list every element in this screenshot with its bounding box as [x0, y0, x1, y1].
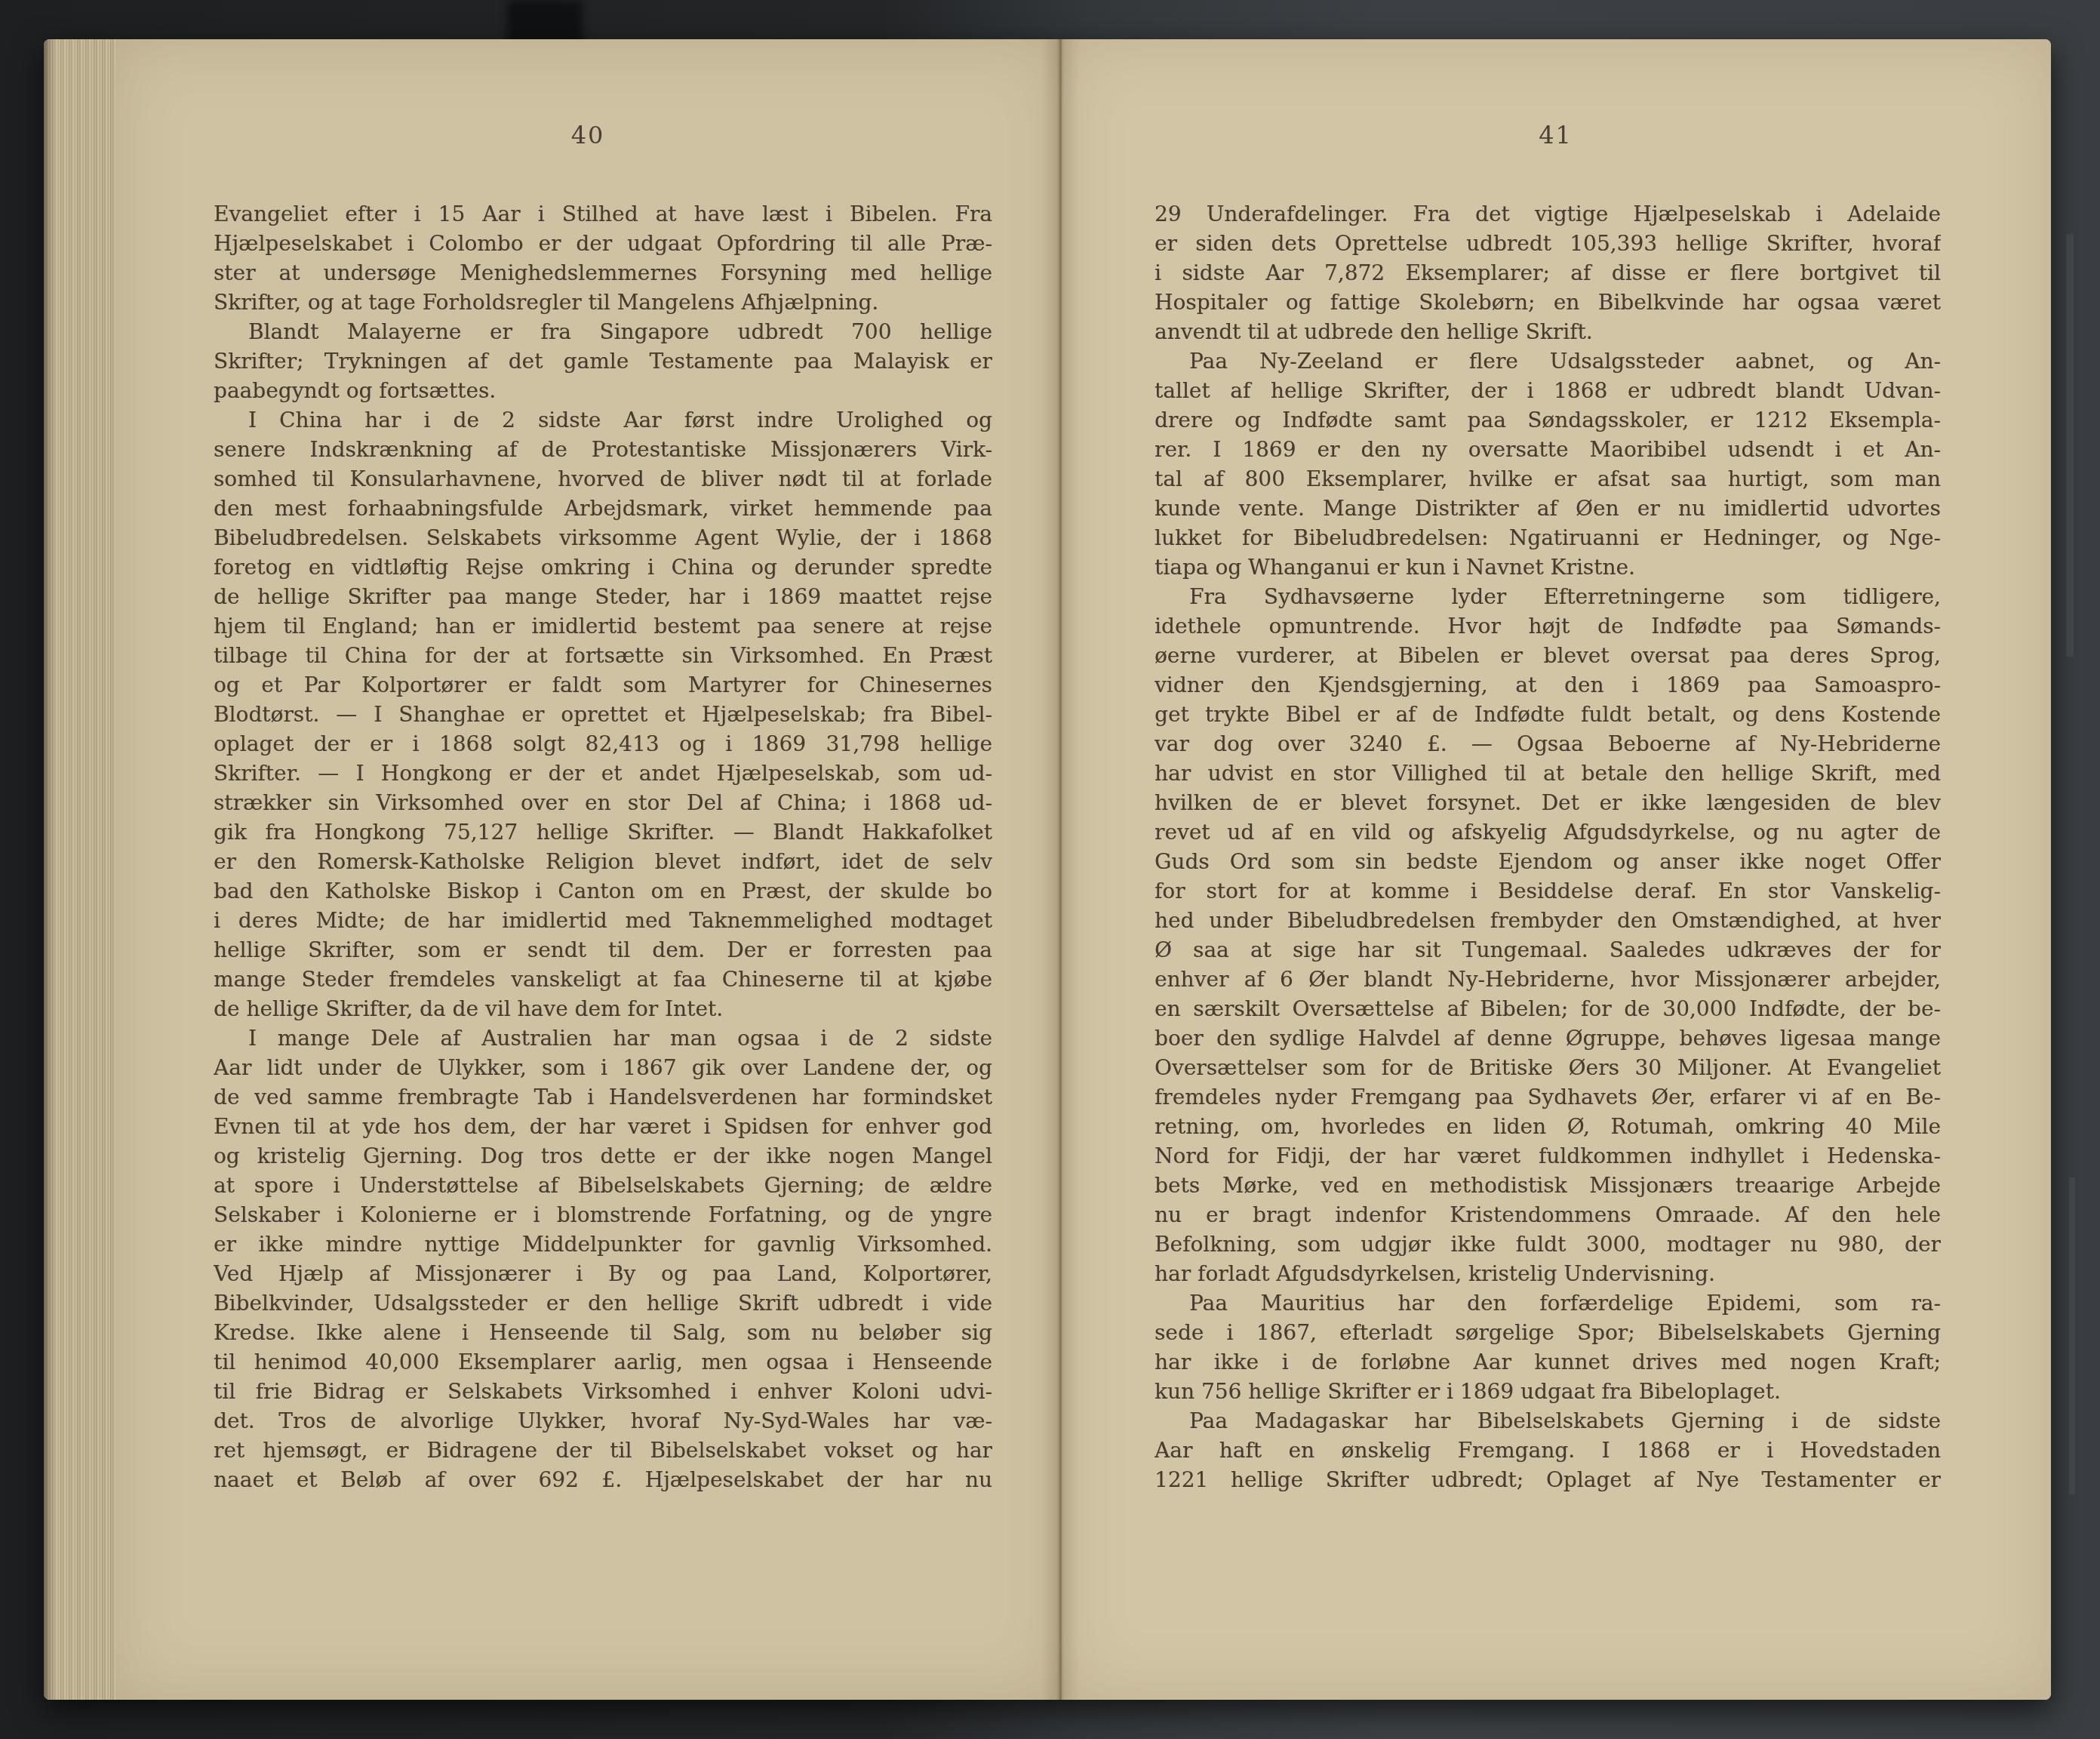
text-line: oplaget der er i 1868 solgt 82,413 og i …	[214, 729, 992, 759]
text-line: Hospitaler og fattige Skolebørn; en Bibe…	[1155, 288, 1941, 317]
book-spread: 40 Evangeliet efter i 15 Aar i Stilhed a…	[44, 39, 2051, 1700]
text-line: Aar haft en ønskelig Fremgang. I 1868 er…	[1155, 1436, 1941, 1465]
right-page-text: 29 Underafdelinger. Fra det vigtige Hjæl…	[1155, 199, 1941, 1494]
text-line: Skrifter; Trykningen af det gamle Testam…	[214, 346, 992, 376]
text-line: senere Indskrænkning af de Protestantisk…	[214, 435, 992, 464]
text-line: og kristelig Gjerning. Dog tros dette er…	[214, 1141, 992, 1171]
page-edge-stack	[44, 39, 115, 1700]
page-number-left: 40	[115, 121, 1060, 149]
text-line: har udvist en stor Villighed til at beta…	[1155, 759, 1941, 788]
text-line: drere og Indfødte samt paa Søndagsskoler…	[1155, 405, 1941, 435]
text-line: det. Tros de alvorlige Ulykker, hvoraf N…	[214, 1406, 992, 1436]
text-line: var dog over 3240 £. — Ogsaa Beboerne af…	[1155, 729, 1941, 759]
text-line: Kredse. Ikke alene i Henseende til Salg,…	[214, 1318, 992, 1347]
text-line: somhed til Konsularhavnene, hvorved de b…	[214, 464, 992, 494]
text-line: og et Par Kolportører er faldt som Marty…	[214, 670, 992, 700]
text-line: get trykte Bibel er af de Indfødte fuldt…	[1155, 700, 1941, 729]
scanner-edge-mark	[2066, 234, 2074, 657]
text-line: Befolkning, som udgjør ikke fuldt 3000, …	[1155, 1230, 1941, 1259]
text-line: øerne vurderer, at Bibelen er blevet ove…	[1155, 641, 1941, 670]
text-line: Bibeludbredelsen. Selskabets virksomme A…	[214, 523, 992, 552]
text-line: Skrifter, og at tage Forholdsregler til …	[214, 288, 992, 317]
text-line: tal af 800 Eksemplarer, hvilke er afsat …	[1155, 464, 1941, 494]
text-line: hvilken de er blevet forsynet. Det er ik…	[1155, 788, 1941, 817]
text-line: rer. I 1869 er den ny oversatte Maoribib…	[1155, 435, 1941, 464]
text-line: mange Steder fremdeles vanskeligt at faa…	[214, 965, 992, 994]
text-line: de hellige Skrifter paa mange Steder, ha…	[214, 582, 992, 611]
text-line: vidner den Kjendsgjerning, at den i 1869…	[1155, 670, 1941, 700]
left-page: 40 Evangeliet efter i 15 Aar i Stilhed a…	[115, 39, 1060, 1700]
text-line: anvendt til at udbrede den hellige Skrif…	[1155, 317, 1941, 346]
text-line: ret hjemsøgt, er Bidragene der til Bibel…	[214, 1436, 992, 1465]
binding-seam	[1059, 39, 1062, 1700]
text-line: Selskaber i Kolonierne er i blomstrende …	[214, 1200, 992, 1230]
text-line: bets Mørke, ved en methodistisk Missjonæ…	[1155, 1171, 1941, 1200]
right-page: 41 29 Underafdelinger. Fra det vigtige H…	[1060, 39, 2051, 1700]
text-line: hjem til England; han er imidlertid best…	[214, 611, 992, 641]
text-line: tiapa og Whanganui er kun i Navnet Krist…	[1155, 552, 1941, 582]
left-page-text: Evangeliet efter i 15 Aar i Stilhed at h…	[214, 199, 992, 1494]
text-line: sede i 1867, efterladt sørgelige Spor; B…	[1155, 1318, 1941, 1347]
text-line: hed under Bibeludbredelsen frembyder den…	[1155, 906, 1941, 935]
text-line: Guds Ord som sin bedste Ejendom og anser…	[1155, 847, 1941, 876]
text-line: naaet et Beløb af over 692 £. Hjælpesels…	[214, 1465, 992, 1494]
text-line: en særskilt Oversættelse af Bibelen; for…	[1155, 994, 1941, 1023]
text-line: I mange Dele af Australien har man ogsaa…	[214, 1023, 992, 1053]
text-line: Paa Ny-Zeeland er flere Udsalgssteder aa…	[1155, 346, 1941, 376]
text-line: strækker sin Virksomhed over en stor Del…	[214, 788, 992, 817]
text-line: hellige Skrifter, som er sendt til dem. …	[214, 935, 992, 965]
text-line: er den Romersk-Katholske Religion blevet…	[214, 847, 992, 876]
page-number-right: 41	[1060, 121, 2051, 149]
text-line: er ikke mindre nyttige Middelpunkter for…	[214, 1230, 992, 1259]
text-line: den mest forhaabningsfulde Arbejdsmark, …	[214, 494, 992, 523]
text-line: Paa Mauritius har den forfærdelige Epide…	[1155, 1288, 1941, 1318]
text-line: boer den sydlige Halvdel af denne Øgrupp…	[1155, 1023, 1941, 1053]
scan-background: 40 Evangeliet efter i 15 Aar i Stilhed a…	[0, 0, 2100, 1739]
text-line: Hjælpeselskabet i Colombo er der udgaat …	[214, 229, 992, 258]
text-line: Ved Hjælp af Missjonærer i By og paa Lan…	[214, 1259, 992, 1288]
text-line: 1221 hellige Skrifter udbredt; Oplaget a…	[1155, 1465, 1941, 1494]
text-line: Blandt Malayerne er fra Singapore udbred…	[214, 317, 992, 346]
text-line: Fra Sydhavsøerne lyder Efterretningerne …	[1155, 582, 1941, 611]
text-line: idethele opmuntrende. Hvor højt de Indfø…	[1155, 611, 1941, 641]
text-line: foretog en vidtløftig Rejse omkring i Ch…	[214, 552, 992, 582]
text-line: Evnen til at yde hos dem, der har været …	[214, 1112, 992, 1141]
text-line: Aar lidt under de Ulykker, som i 1867 gi…	[214, 1053, 992, 1082]
text-line: de ved samme frembragte Tab i Handelsver…	[214, 1082, 992, 1112]
text-line: nu er bragt indenfor Kristendommens Omra…	[1155, 1200, 1941, 1230]
text-line: er siden dets Oprettelse udbredt 105,393…	[1155, 229, 1941, 258]
text-line: Blodtørst. — I Shanghae er oprettet et H…	[214, 700, 992, 729]
text-line: tallet af hellige Skrifter, der i 1868 e…	[1155, 376, 1941, 405]
text-line: lukket for Bibeludbredelsen: Ngatiruanni…	[1155, 523, 1941, 552]
text-line: i sidste Aar 7,872 Eksemplarer; af disse…	[1155, 258, 1941, 288]
text-line: til frie Bidrag er Selskabets Virksomhed…	[214, 1377, 992, 1406]
text-line: til henimod 40,000 Eksemplarer aarlig, m…	[214, 1347, 992, 1377]
text-line: retning, om, hvorledes en liden Ø, Rotum…	[1155, 1112, 1941, 1141]
text-line: fremdeles nyder Fremgang paa Sydhavets Ø…	[1155, 1082, 1941, 1112]
text-line: tilbage til China for der at fortsætte s…	[214, 641, 992, 670]
text-line: kun 756 hellige Skrifter er i 1869 udgaa…	[1155, 1377, 1941, 1406]
text-line: Skrifter. — I Hongkong er der et andet H…	[214, 759, 992, 788]
text-line: Oversættelser som for de Britiske Øers 3…	[1155, 1053, 1941, 1082]
text-line: Paa Madagaskar har Bibelselskabets Gjern…	[1155, 1406, 1941, 1436]
scanner-edge-mark	[2069, 1177, 2075, 1494]
text-line: Bibelkvinder, Udsalgssteder er den helli…	[214, 1288, 992, 1318]
text-line: Evangeliet efter i 15 Aar i Stilhed at h…	[214, 199, 992, 229]
text-line: at spore i Understøttelse af Bibelselska…	[214, 1171, 992, 1200]
text-line: paabegyndt og fortsættes.	[214, 376, 992, 405]
text-line: gik fra Hongkong 75,127 hellige Skrifter…	[214, 817, 992, 847]
text-line: I China har i de 2 sidste Aar først indr…	[214, 405, 992, 435]
text-line: for stort for at komme i Besiddelse dera…	[1155, 876, 1941, 906]
text-line: revet ud af en vild og afskyelig Afgudsd…	[1155, 817, 1941, 847]
text-line: har forladt Afgudsdyrkelsen, kristelig U…	[1155, 1259, 1941, 1288]
text-line: 29 Underafdelinger. Fra det vigtige Hjæl…	[1155, 199, 1941, 229]
text-line: enhver af 6 Øer blandt Ny-Hebriderne, hv…	[1155, 965, 1941, 994]
text-line: bad den Katholske Biskop i Canton om en …	[214, 876, 992, 906]
text-line: i deres Midte; de har imidlertid med Tak…	[214, 906, 992, 935]
text-line: har ikke i de forløbne Aar kunnet drives…	[1155, 1347, 1941, 1377]
text-line: Ø saa at sige har sit Tungemaal. Saalede…	[1155, 935, 1941, 965]
text-line: kunde vente. Mange Distrikter af Øen er …	[1155, 494, 1941, 523]
text-line: Nord for Fidji, der har været fuldkommen…	[1155, 1141, 1941, 1171]
text-line: ster at undersøge Menighedslemmernes For…	[214, 258, 992, 288]
text-line: de hellige Skrifter, da de vil have dem …	[214, 994, 992, 1023]
